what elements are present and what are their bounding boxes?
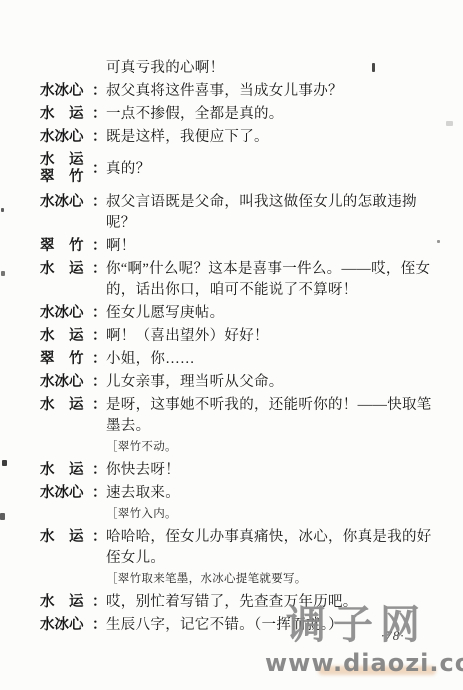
- dialogue-line: 水 运：哈哈哈，侄女儿办事真痛快，冰心，你真是我的好侄女儿。: [40, 527, 446, 569]
- speaker-name: 水冰心: [40, 127, 92, 148]
- speaker-name: 翠 竹: [40, 349, 92, 370]
- dialogue-line: 水 运：是呀，这事她不听我的，还能听你的！——快取笔墨去。: [40, 395, 446, 437]
- dialogue-continuation: 可真亏我的心啊！: [40, 58, 446, 79]
- ink-speck: [1, 208, 4, 212]
- stage-direction: ［翠竹不动。: [40, 440, 446, 455]
- speaker-name: 水 运: [40, 104, 92, 125]
- speaker-colon: ：: [92, 615, 106, 636]
- dialogue-text: 叔父言语既是父命，叫我这做侄女儿的怎敢违拗呢？: [106, 192, 446, 234]
- speaker-colon: ：: [92, 159, 106, 180]
- speaker-name: 水 运: [40, 592, 92, 613]
- ink-speck: [437, 240, 440, 243]
- speaker-name: 水冰心: [40, 81, 92, 102]
- dialogue-text: 叔父真将这件喜事，当成女儿事办？: [106, 81, 446, 102]
- stage-direction: ［翠竹入内。: [40, 507, 446, 522]
- dialogue-line: 水 运：啊！（喜出望外）好好！: [40, 326, 446, 347]
- dialogue-text: 一点不掺假，全都是真的。: [106, 104, 446, 125]
- dialogue-line: 翠 竹：啊！: [40, 236, 446, 257]
- ink-speck: [1, 271, 5, 276]
- dialogue-line: 水冰心：叔父言语既是父命，叫我这做侄女儿的怎敢违拗呢？: [40, 192, 446, 234]
- dialogue-text: 你快去呀！: [106, 460, 446, 481]
- dialogue-text: 速去取来。: [106, 483, 446, 504]
- speaker-colon: ：: [92, 527, 106, 548]
- scanned-script-page: 可真亏我的心啊！水冰心：叔父真将这件喜事，当成女儿事办？水 运：一点不掺假，全都…: [0, 0, 463, 690]
- dialogue-text: 你“啊”什么呢？这本是喜事一件么。——哎，侄女的，话出你口，咱可不能说了不算呀！: [106, 259, 446, 301]
- ink-speck: [372, 63, 375, 72]
- dialogue-line: 水冰心：侄女儿愿写庚帖。: [40, 303, 446, 324]
- dialogue-text: 是呀，这事她不听我的，还能听你的！——快取笔墨去。: [106, 395, 446, 437]
- speaker-colon: ：: [92, 192, 106, 213]
- speaker-colon: ：: [92, 395, 106, 416]
- dialogue-line: 水 运：你快去呀！: [40, 460, 446, 481]
- ink-speck: [2, 460, 7, 466]
- speaker-colon: ：: [92, 236, 106, 257]
- dialogue-text: 啊！（喜出望外）好好！: [106, 326, 446, 347]
- stage-direction-text: ［翠竹不动。: [106, 440, 446, 455]
- dialogue-line: 水 运：一点不掺假，全都是真的。: [40, 104, 446, 125]
- speaker-colon: ：: [92, 303, 106, 324]
- dialogue-line: 翠 竹：小姐，你……: [40, 349, 446, 370]
- dialogue-text: 可真亏我的心啊！: [106, 58, 446, 79]
- dual-speaker-names: 水 运翠 竹: [40, 152, 92, 186]
- speaker-colon: ：: [92, 349, 106, 370]
- dialogue-line: 水冰心：既是这样，我便应下了。: [40, 127, 446, 148]
- stage-direction: ［翠竹取来笔墨，水冰心提笔就要写。: [40, 572, 446, 587]
- dialogue-line: 水冰心：速去取来。: [40, 483, 446, 504]
- speaker-colon: ：: [92, 104, 106, 125]
- dialogue-text: 啊！: [106, 236, 446, 257]
- watermark-site-name: 调子网: [286, 603, 427, 647]
- ink-speck: [0, 513, 5, 520]
- speaker-colon: ：: [92, 372, 106, 393]
- speaker-name: 水冰心: [40, 192, 92, 213]
- script-dialogue-block: 可真亏我的心啊！水冰心：叔父真将这件喜事，当成女儿事办？水 运：一点不掺假，全都…: [40, 58, 446, 638]
- speaker-colon: ：: [92, 81, 106, 102]
- dialogue-text: 哈哈哈，侄女儿办事真痛快，冰心，你真是我的好侄女儿。: [106, 527, 446, 569]
- speaker-name: 水 运: [40, 152, 92, 169]
- speaker-name: 水 运: [40, 527, 92, 548]
- speaker-colon: ：: [92, 127, 106, 148]
- ink-speck: [446, 121, 453, 126]
- speaker-colon: ：: [92, 592, 106, 613]
- speaker-name: 水冰心: [40, 615, 92, 636]
- speaker-name: 水 运: [40, 259, 92, 280]
- speaker-name: 水冰心: [40, 372, 92, 393]
- stage-direction-text: ［翠竹入内。: [106, 507, 446, 522]
- speaker-colon: ：: [92, 259, 106, 280]
- dialogue-line: 水 运：你“啊”什么呢？这本是喜事一件么。——哎，侄女的，话出你口，咱可不能说了…: [40, 259, 446, 301]
- stage-direction-text: ［翠竹取来笔墨，水冰心提笔就要写。: [106, 572, 446, 587]
- speaker-colon: ：: [92, 326, 106, 347]
- dialogue-text: 既是这样，我便应下了。: [106, 127, 446, 148]
- speaker-name: 翠 竹: [40, 236, 92, 257]
- speaker-name: 翠 竹: [40, 169, 92, 186]
- speaker-name: 水 运: [40, 326, 92, 347]
- dialogue-line: 水冰心：叔父真将这件喜事，当成女儿事办？: [40, 81, 446, 102]
- speaker-name: 水 运: [40, 395, 92, 416]
- speaker-colon: ：: [92, 483, 106, 504]
- speaker-name: 水冰心: [40, 483, 92, 504]
- dialogue-text: 侄女儿愿写庚帖。: [106, 303, 446, 324]
- speaker-name: 水 运: [40, 460, 92, 481]
- dialogue-line: 水冰心：儿女亲事，理当听从父命。: [40, 372, 446, 393]
- speaker-name: 水冰心: [40, 303, 92, 324]
- dialogue-text: 小姐，你……: [106, 349, 446, 370]
- dialogue-text: 儿女亲事，理当听从父命。: [106, 372, 446, 393]
- dialogue-text: 真的？: [106, 159, 446, 180]
- watermark-site-url: www.diaozi.com: [265, 649, 463, 677]
- speaker-colon: ：: [92, 460, 106, 481]
- dialogue-line-dual: 水 运翠 竹：真的？: [40, 152, 446, 186]
